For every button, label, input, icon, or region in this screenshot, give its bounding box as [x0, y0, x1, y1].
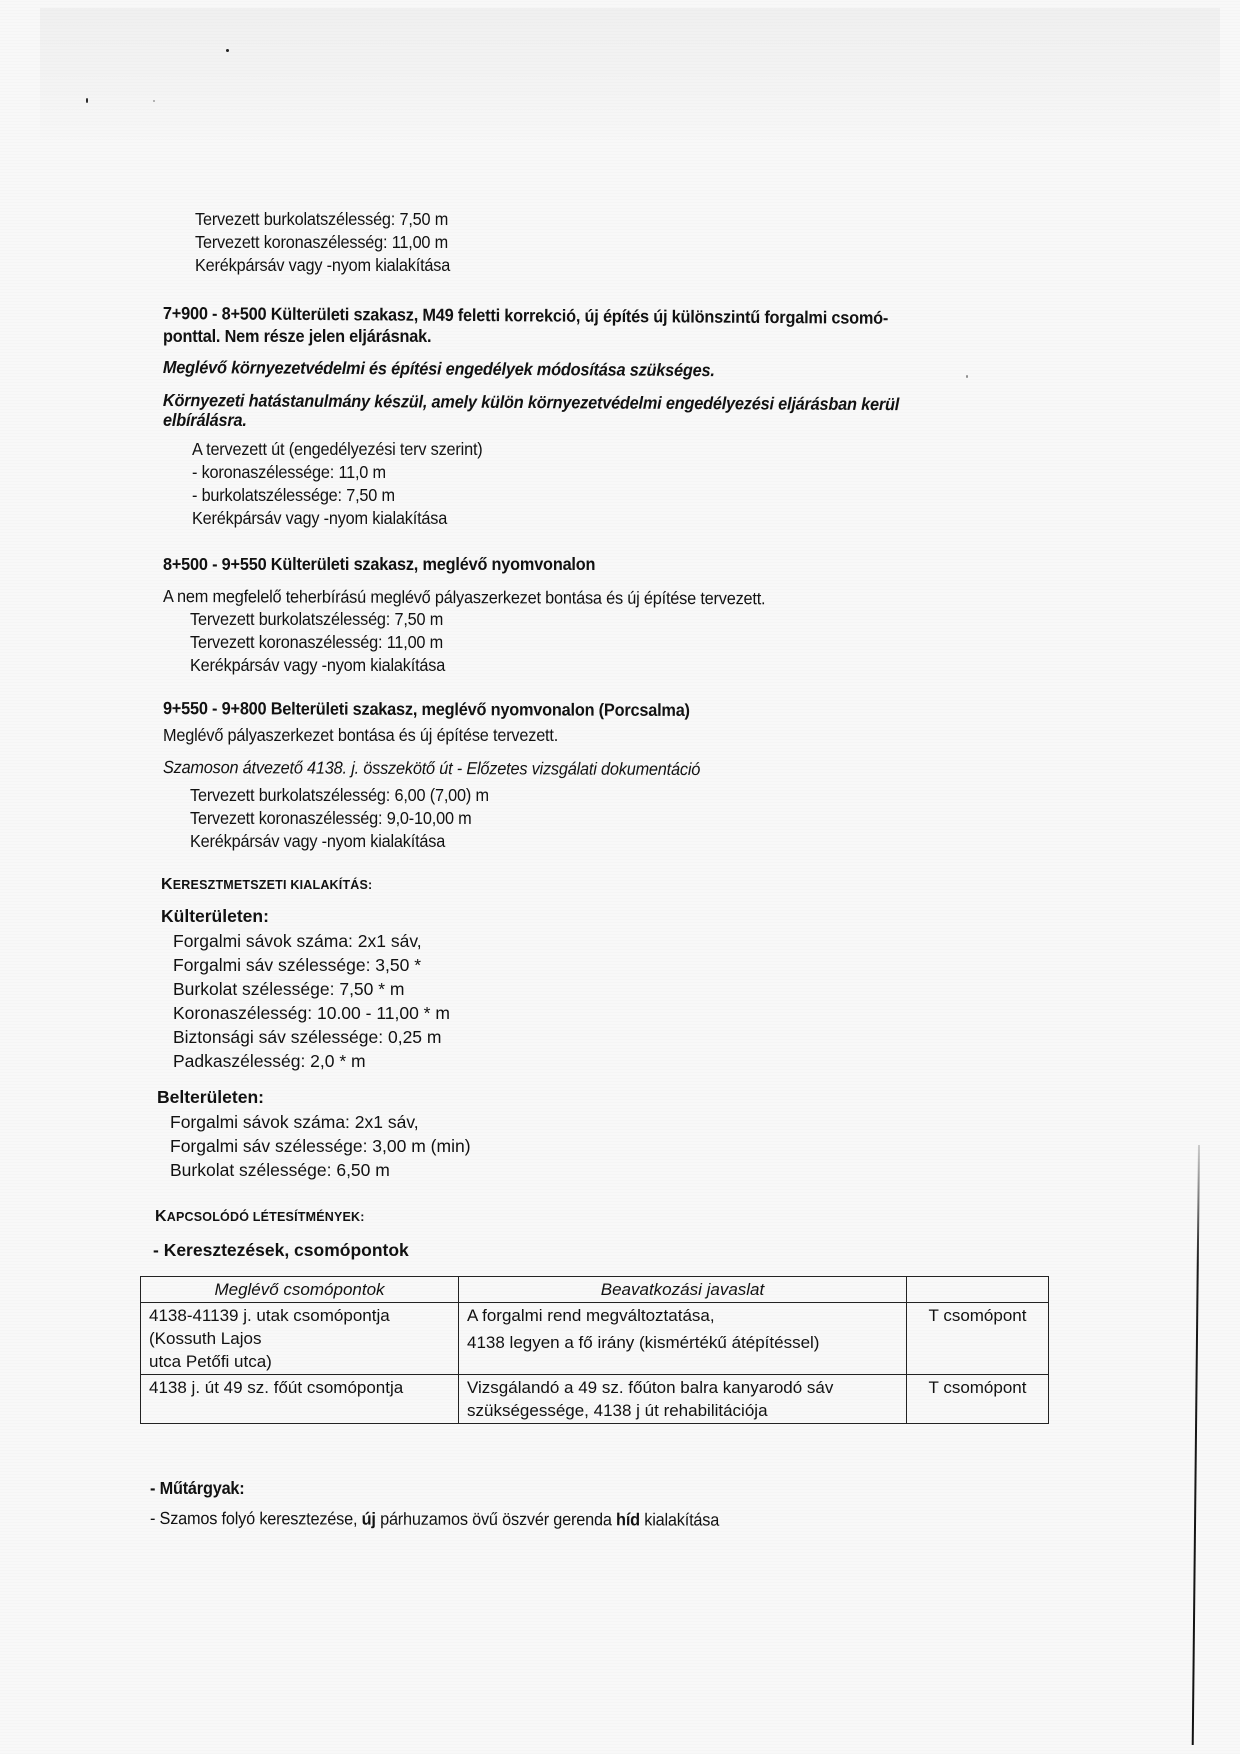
- scan-speck: [966, 375, 968, 378]
- section-b-note-cont: elbírálásra.: [163, 409, 247, 432]
- outside-line: Biztonsági sáv szélessége: 0,25 m: [173, 1025, 441, 1049]
- facilities-title: KAPCSOLÓDÓ LÉTESÍTMÉNYEK:: [155, 1208, 365, 1226]
- cell-text: 4138-41139 j. utak csomópontja: [149, 1304, 450, 1327]
- column-header: Beavatkozási javaslat: [459, 1277, 907, 1303]
- section-b-heading-cont: ponttal. Nem része jelen eljárásnak.: [163, 325, 431, 348]
- proposal-cell: Vizsgálandó a 49 sz. főúton balra kanyar…: [459, 1375, 907, 1424]
- table-row: 4138-41139 j. utak csomópontja (Kossuth …: [141, 1303, 1049, 1375]
- node-cell: 4138 j. út 49 sz. főút csomópontja: [141, 1375, 459, 1424]
- section-d-source: Szamoson átvezető 4138. j. összekötő út …: [163, 756, 700, 781]
- cell-text: utca Petőfi utca): [149, 1350, 450, 1373]
- inside-line: Burkolat szélessége: 6,50 m: [170, 1158, 390, 1182]
- text-bold: új: [362, 1509, 376, 1529]
- scanned-page: Tervezett burkolatszélesség: 7,50 m Terv…: [0, 0, 1240, 1754]
- inside-line: Forgalmi sáv szélessége: 3,00 m (min): [170, 1134, 471, 1158]
- text-part: - Szamos folyó keresztezése,: [150, 1508, 362, 1529]
- outside-line: Burkolat szélessége: 7,50 * m: [173, 977, 405, 1001]
- section-b-line: Kerékpársáv vagy -nyom kialakítása: [192, 507, 447, 530]
- junctions-table: Meglévő csomópontok Beavatkozási javasla…: [140, 1276, 1049, 1424]
- cross-section-title: KERESZTMETSZETI KIALAKÍTÁS:: [161, 876, 372, 894]
- inside-line: Forgalmi sávok száma: 2x1 sáv,: [170, 1110, 419, 1134]
- structures-line: - Szamos folyó keresztezése, új párhuzam…: [150, 1507, 719, 1532]
- cell-text: Vizsgálandó a 49 sz. főúton balra kanyar…: [467, 1376, 898, 1399]
- cell-text: 4138 legyen a fő irány (kismértékű átépí…: [467, 1331, 898, 1354]
- structures-heading: - Műtárgyak:: [150, 1477, 245, 1500]
- cell-text: A forgalmi rend megváltoztatása,: [467, 1304, 898, 1327]
- type-cell: T csomópont: [907, 1303, 1049, 1375]
- node-cell: 4138-41139 j. utak csomópontja (Kossuth …: [141, 1303, 459, 1375]
- scan-speck: [226, 49, 229, 52]
- text-bold: híd: [616, 1509, 640, 1529]
- section-a-line: Tervezett koronaszélesség: 11,00 m: [195, 231, 448, 254]
- column-header: [907, 1277, 1049, 1303]
- scan-edge-line: [1192, 1145, 1200, 1745]
- outside-line: Koronaszélesség: 10.00 - 11,00 * m: [173, 1001, 450, 1025]
- column-header: Meglévő csomópontok: [141, 1277, 459, 1303]
- section-c-intro: A nem megfelelő teherbírású meglévő pály…: [163, 585, 766, 610]
- cell-text: szükségessége, 4138 j út rehabilitációja: [467, 1399, 898, 1422]
- inside-heading: Belterületen:: [157, 1085, 264, 1109]
- outside-heading: Külterületen:: [161, 904, 269, 928]
- section-d-heading: 9+550 - 9+800 Belterületi szakasz, meglé…: [163, 697, 690, 722]
- cell-text: (Kossuth Lajos: [149, 1327, 450, 1350]
- scan-speck: [86, 98, 88, 103]
- crossings-heading: - Keresztezések, csomópontok: [153, 1238, 409, 1262]
- section-d-intro: Meglévő pályaszerkezet bontása és új épí…: [163, 724, 558, 747]
- section-a-line: Kerékpársáv vagy -nyom kialakítása: [195, 254, 450, 277]
- section-b-line: - burkolatszélessége: 7,50 m: [192, 484, 395, 507]
- section-c-heading: 8+500 - 9+550 Külterületi szakasz, meglé…: [163, 553, 595, 576]
- outside-line: Forgalmi sávok száma: 2x1 sáv,: [173, 929, 422, 953]
- scan-speck: [153, 100, 155, 102]
- section-c-line: Tervezett burkolatszélesség: 7,50 m: [190, 608, 443, 631]
- title-rest: ERESZTMETSZETI KIALAKÍTÁS:: [173, 878, 373, 892]
- section-d-line: Tervezett koronaszélesség: 9,0-10,00 m: [190, 807, 472, 830]
- scan-shadow: [40, 8, 1220, 148]
- title-cap: K: [155, 1208, 167, 1225]
- type-cell: T csomópont: [907, 1375, 1049, 1424]
- section-a-line: Tervezett burkolatszélesség: 7,50 m: [195, 208, 448, 231]
- section-c-line: Tervezett koronaszélesség: 11,00 m: [190, 631, 443, 654]
- section-d-line: Tervezett burkolatszélesség: 6,00 (7,00)…: [190, 784, 489, 807]
- section-b-line: - koronaszélessége: 11,0 m: [192, 461, 386, 484]
- outside-line: Padkaszélesség: 2,0 * m: [173, 1049, 366, 1073]
- section-b-note: Meglévő környezetvédelmi és építési enge…: [163, 356, 715, 382]
- section-d-line: Kerékpársáv vagy -nyom kialakítása: [190, 830, 445, 853]
- title-rest: APCSOLÓDÓ LÉTESÍTMÉNYEK:: [167, 1210, 365, 1224]
- text-part: párhuzamos övű öszvér gerenda: [376, 1509, 616, 1530]
- section-b-line: A tervezett út (engedélyezési terv szeri…: [192, 438, 483, 461]
- cell-text: 4138 j. út 49 sz. főút csomópontja: [149, 1376, 450, 1399]
- table-row: 4138 j. út 49 sz. főút csomópontja Vizsg…: [141, 1375, 1049, 1424]
- section-b-note: Környezeti hatástanulmány készül, amely …: [163, 389, 899, 416]
- text-part: kialakítása: [640, 1509, 719, 1529]
- table-header-row: Meglévő csomópontok Beavatkozási javasla…: [141, 1277, 1049, 1303]
- title-cap: K: [161, 876, 173, 893]
- section-c-line: Kerékpársáv vagy -nyom kialakítása: [190, 654, 445, 677]
- outside-line: Forgalmi sáv szélessége: 3,50 *: [173, 953, 421, 977]
- proposal-cell: A forgalmi rend megváltoztatása, 4138 le…: [459, 1303, 907, 1375]
